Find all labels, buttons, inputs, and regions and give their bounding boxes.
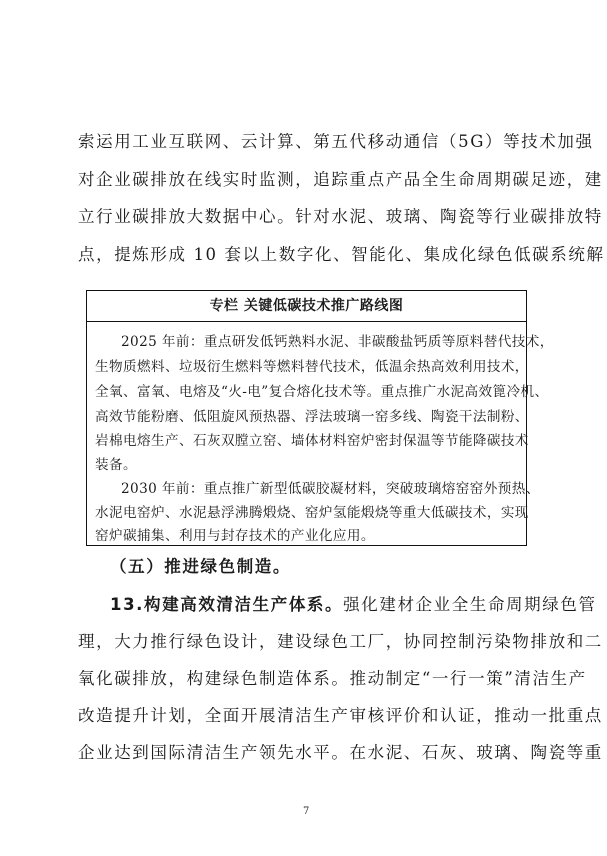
paragraph-line: 索运用工业互联网、云计算、第五代移动通信（5G）等技术加强 bbox=[78, 132, 538, 152]
item-line: 企业达到国际清洁生产领先水平。在水泥、石灰、玻璃、陶瓷等重 bbox=[78, 743, 538, 763]
callout-box: 专栏 关键低碳技术推广路线图 2025 年前：重点研发低钙熟料水泥、非碳酸盐钙质… bbox=[86, 290, 527, 546]
item-line: 理，大力推行绿色设计，建设绿色工厂，协同控制污染物排放和二 bbox=[78, 632, 538, 652]
item-line: 13.构建高效清洁生产体系。强化建材企业全生命周期绿色管 bbox=[110, 595, 570, 615]
box-line: 全氧、富氧、电熔及“火-电”复合熔化技术等。重点推广水泥高效篦冷机、 bbox=[95, 383, 549, 401]
callout-title: 专栏 关键低碳技术推广路线图 bbox=[87, 291, 526, 322]
item-line: 改造提升计划，全面开展清洁生产审核评价和认证，推动一批重点 bbox=[78, 706, 538, 726]
box-line: 装备。 bbox=[95, 456, 137, 474]
item-line: 氧化碳排放，构建绿色制造体系。推动制定“一行一策”清洁生产 bbox=[78, 669, 538, 689]
item-title: 13.构建高效清洁生产体系。 bbox=[110, 595, 343, 614]
paragraph-line: 点，提炼形成 10 套以上数字化、智能化、集成化绿色低碳系统解 bbox=[78, 245, 538, 265]
box-line: 2025 年前：重点研发低钙熟料水泥、非碳酸盐钙质等原料替代技术， bbox=[121, 333, 554, 351]
box-line: 岩棉电熔生产、石灰双膛立窑、墙体材料窑炉密封保温等节能降碳技术 bbox=[95, 432, 529, 450]
paragraph-line: 对企业碳排放在线实时监测，追踪重点产品全生命周期碳足迹，建 bbox=[78, 170, 538, 190]
box-line: 水泥电窑炉、水泥悬浮沸腾煅烧、窑炉氢能煅烧等重大低碳技术，实现 bbox=[95, 504, 529, 522]
box-line: 生物质燃料、垃圾衍生燃料等燃料替代技术，低温余热高效利用技术， bbox=[95, 358, 529, 376]
page-number: 7 bbox=[303, 806, 309, 817]
box-line: 高效节能粉磨、低阻旋风预热器、浮法玻璃一窑多线、陶瓷干法制粉、 bbox=[95, 408, 529, 426]
box-line: 2030 年前：重点推广新型低碳胶凝材料，突破玻璃熔窑窑外预热、 bbox=[121, 480, 540, 498]
paragraph-line: 立行业碳排放大数据中心。针对水泥、玻璃、陶瓷等行业碳排放特 bbox=[78, 207, 538, 227]
box-line: 窑炉碳捕集、利用与封存技术的产业化应用。 bbox=[95, 527, 375, 545]
item-text: 强化建材企业全生命周期绿色管 bbox=[343, 595, 596, 614]
section-heading: （五）推进绿色制造。 bbox=[110, 557, 570, 577]
